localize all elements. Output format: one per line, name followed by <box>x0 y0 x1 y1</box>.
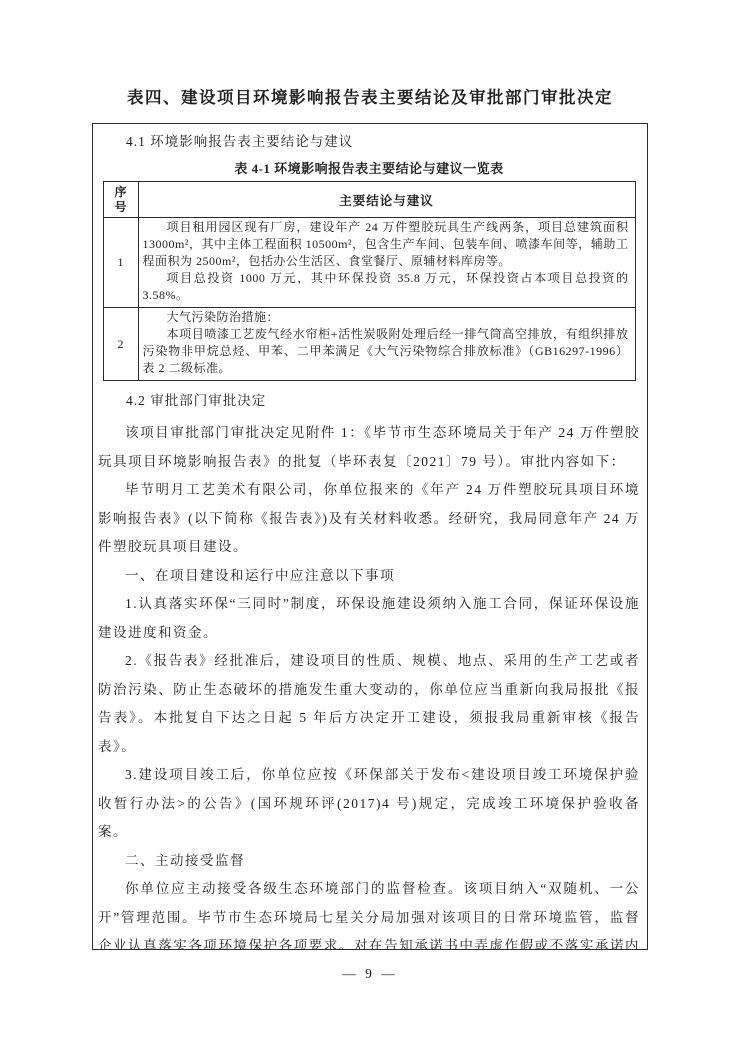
row-1-paragraph-2: 项目总投资 1000 万元，其中环保投资 35.8 万元，环保投资占本项目总投资… <box>143 270 629 304</box>
approval-paragraph-1: 该项目审批部门审批决定见附件 1：《毕节市生态环境局关于年产 24 万件塑胶玩具… <box>98 419 640 476</box>
seq-column-header-label: 序号 <box>114 185 127 215</box>
approval-point-3: 3.建设项目竣工后，你单位应按《环保部关于发布<建设项目竣工环境保护验收暂行办法… <box>98 761 640 847</box>
row-1-content: 项目租用园区现有厂房，建设年产 24 万件塑胶玩具生产线两条，项目总建筑面积 1… <box>138 218 635 308</box>
seq-column-header: 序号 <box>103 182 138 218</box>
approval-paragraph-2: 毕节明月工艺美术有限公司，你单位报来的《年产 24 万件塑胶玩具项目环境影响报告… <box>98 476 640 562</box>
approval-heading-item-2: 二、主动接受监督 <box>98 847 640 876</box>
main-column-header: 主要结论与建议 <box>138 182 635 218</box>
row-2-paragraph-2: 本项目喷漆工艺废气经水帘柜+活性炭吸附处理后经一排气筒高空排放，有组织排放污染物… <box>143 326 629 377</box>
document-title: 表四、建设项目环境影响报告表主要结论及审批部门审批决定 <box>0 84 740 108</box>
page-number: — 9 — <box>0 966 740 982</box>
section-4-2-heading: 4.2 审批部门审批决定 <box>126 392 640 410</box>
table-row-1: 1 项目租用园区现有厂房，建设年产 24 万件塑胶玩具生产线两条，项目总建筑面积… <box>103 218 635 308</box>
approval-paragraph-supervision: 你单位应主动接受各级生态环境部门的监督检查。该项目纳入“双随机、一公开”管理范围… <box>98 875 640 950</box>
row-1-seq: 1 <box>103 218 138 308</box>
row-2-seq: 2 <box>103 308 138 381</box>
table-row-2: 2 大气污染防治措施： 本项目喷漆工艺废气经水帘柜+活性炭吸附处理后经一排气筒高… <box>103 308 635 381</box>
section-4-1-heading: 4.1 环境影响报告表主要结论与建议 <box>126 133 640 151</box>
row-2-paragraph-1: 大气污染防治措施： <box>143 309 629 326</box>
row-1-paragraph-1: 项目租用园区现有厂房，建设年产 24 万件塑胶玩具生产线两条，项目总建筑面积 1… <box>143 219 629 270</box>
table-4-1-caption: 表 4-1 环境影响报告表主要结论与建议一览表 <box>98 158 640 177</box>
approval-heading-item-1: 一、在项目建设和运行中应注意以下事项 <box>98 562 640 591</box>
approval-point-1: 1.认真落实环保“三同时”制度，环保设施建设须纳入施工合同，保证环保设施建设进度… <box>98 590 640 647</box>
table-4-1: 序号 主要结论与建议 1 项目租用园区现有厂房，建设年产 24 万件塑胶玩具生产… <box>103 181 636 381</box>
approval-point-2: 2.《报告表》经批准后，建设项目的性质、规模、地点、采用的生产工艺或者防治污染、… <box>98 647 640 761</box>
table-4-1-header-row: 序号 主要结论与建议 <box>103 182 635 218</box>
document-page: 表四、建设项目环境影响报告表主要结论及审批部门审批决定 4.1 环境影响报告表主… <box>0 0 740 1046</box>
content-border-box: 4.1 环境影响报告表主要结论与建议 表 4-1 环境影响报告表主要结论与建议一… <box>92 123 648 950</box>
row-2-content: 大气污染防治措施： 本项目喷漆工艺废气经水帘柜+活性炭吸附处理后经一排气筒高空排… <box>138 308 635 381</box>
